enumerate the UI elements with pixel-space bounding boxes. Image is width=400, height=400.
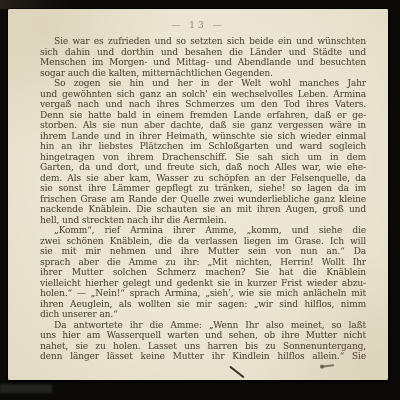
scan-bottom-sheen (0, 384, 52, 393)
text-line: denn länger lässet keine Mutter ihr Kind… (40, 352, 366, 363)
text-line: Garten, da und dort, und freute sich, da… (40, 163, 366, 174)
text-line: holen.“ — „Nein!“ sprach Armina, „sieh’,… (40, 289, 366, 300)
text-line: vergaß nach und nach ihres Schmerzes um … (40, 100, 366, 111)
text-line: zwei schönen Knäblein, die da verlassen … (40, 237, 366, 248)
scan-background: — 13 — Sie war es zufrieden und so setzt… (0, 0, 400, 400)
text-line: „Komm“, rief Armina ihrer Amme, „komm, u… (40, 226, 366, 237)
text-line: hin an ihr liebstes Plätzchen im Schloßg… (40, 142, 366, 153)
text-line: sprach aber die Amme zu ihr: „Mit nichte… (40, 258, 366, 269)
text-line: sogar auch die kalten, mitternächtlichen… (40, 69, 366, 80)
text-line: sie mit mir nehmen und ihre Mutter sein … (40, 247, 366, 258)
text-line: Denn sie hatte bald in einem fremden Lan… (40, 111, 366, 122)
text-line: ihrem Lande und in ihrer Heimath, wünsch… (40, 132, 366, 143)
text-line: sie sonst ihre Lämmer gepflegt zu tränke… (40, 184, 366, 195)
text-line: So zogen sie hin und her in der Welt woh… (40, 79, 366, 90)
text-line: nackende Knäblein. Die schauten sie an m… (40, 205, 366, 216)
text-line: frischen Grase am Rande der Quelle zwei … (40, 195, 366, 206)
text-line: uns hier am Wasserquell warten und sehen… (40, 331, 366, 342)
paragraph: „Komm“, rief Armina ihrer Amme, „komm, u… (40, 226, 366, 321)
text-line: storben. Als sie nun aber dachte, daß si… (40, 121, 366, 132)
text-line: hingetragen von ihrem Drachenschiff. Sie… (40, 153, 366, 164)
text-line: dem. Als sie aber kam, Wasser zu schöpfe… (40, 174, 366, 185)
scan-corner-sheen (0, 0, 70, 9)
text-line: ihrer Mutter solchen Schmerz machen? Sie… (40, 268, 366, 279)
book-page: — 13 — Sie war es zufrieden und so setzt… (8, 9, 388, 380)
paragraph: Da antwortete ihr die Amme: „Wenn Ihr al… (40, 321, 366, 363)
paragraph: Sie war es zufrieden und so setzten sich… (40, 37, 366, 79)
text-line: sich dahin und dorthin und besahen die L… (40, 48, 366, 59)
text-block: Sie war es zufrieden und so setzten sich… (40, 37, 366, 363)
printer-mark-icon (321, 364, 334, 368)
paragraph: So zogen sie hin und her in der Welt woh… (40, 79, 366, 226)
text-line: vielleicht hierher gelegt und gedenkt si… (40, 279, 366, 290)
text-line: dich unserer an.“ (40, 310, 366, 321)
text-line: ihren Aeuglein, als wollten sie mir sage… (40, 300, 366, 311)
text-line: Sie war es zufrieden und so setzten sich… (40, 37, 366, 48)
page-number-header: — 13 — (8, 21, 388, 31)
text-line: nahet, sie zu holen. Lasset uns harren b… (40, 342, 366, 353)
text-line: Menschen im Morgen- und Mittag- und Aben… (40, 58, 366, 69)
text-line: hell, und streckten nach ihr die Aermlei… (40, 216, 366, 227)
text-line: Da antwortete ihr die Amme: „Wenn Ihr al… (40, 321, 366, 332)
text-line: und gewöhnten sich ganz an solch' ein we… (40, 90, 366, 101)
